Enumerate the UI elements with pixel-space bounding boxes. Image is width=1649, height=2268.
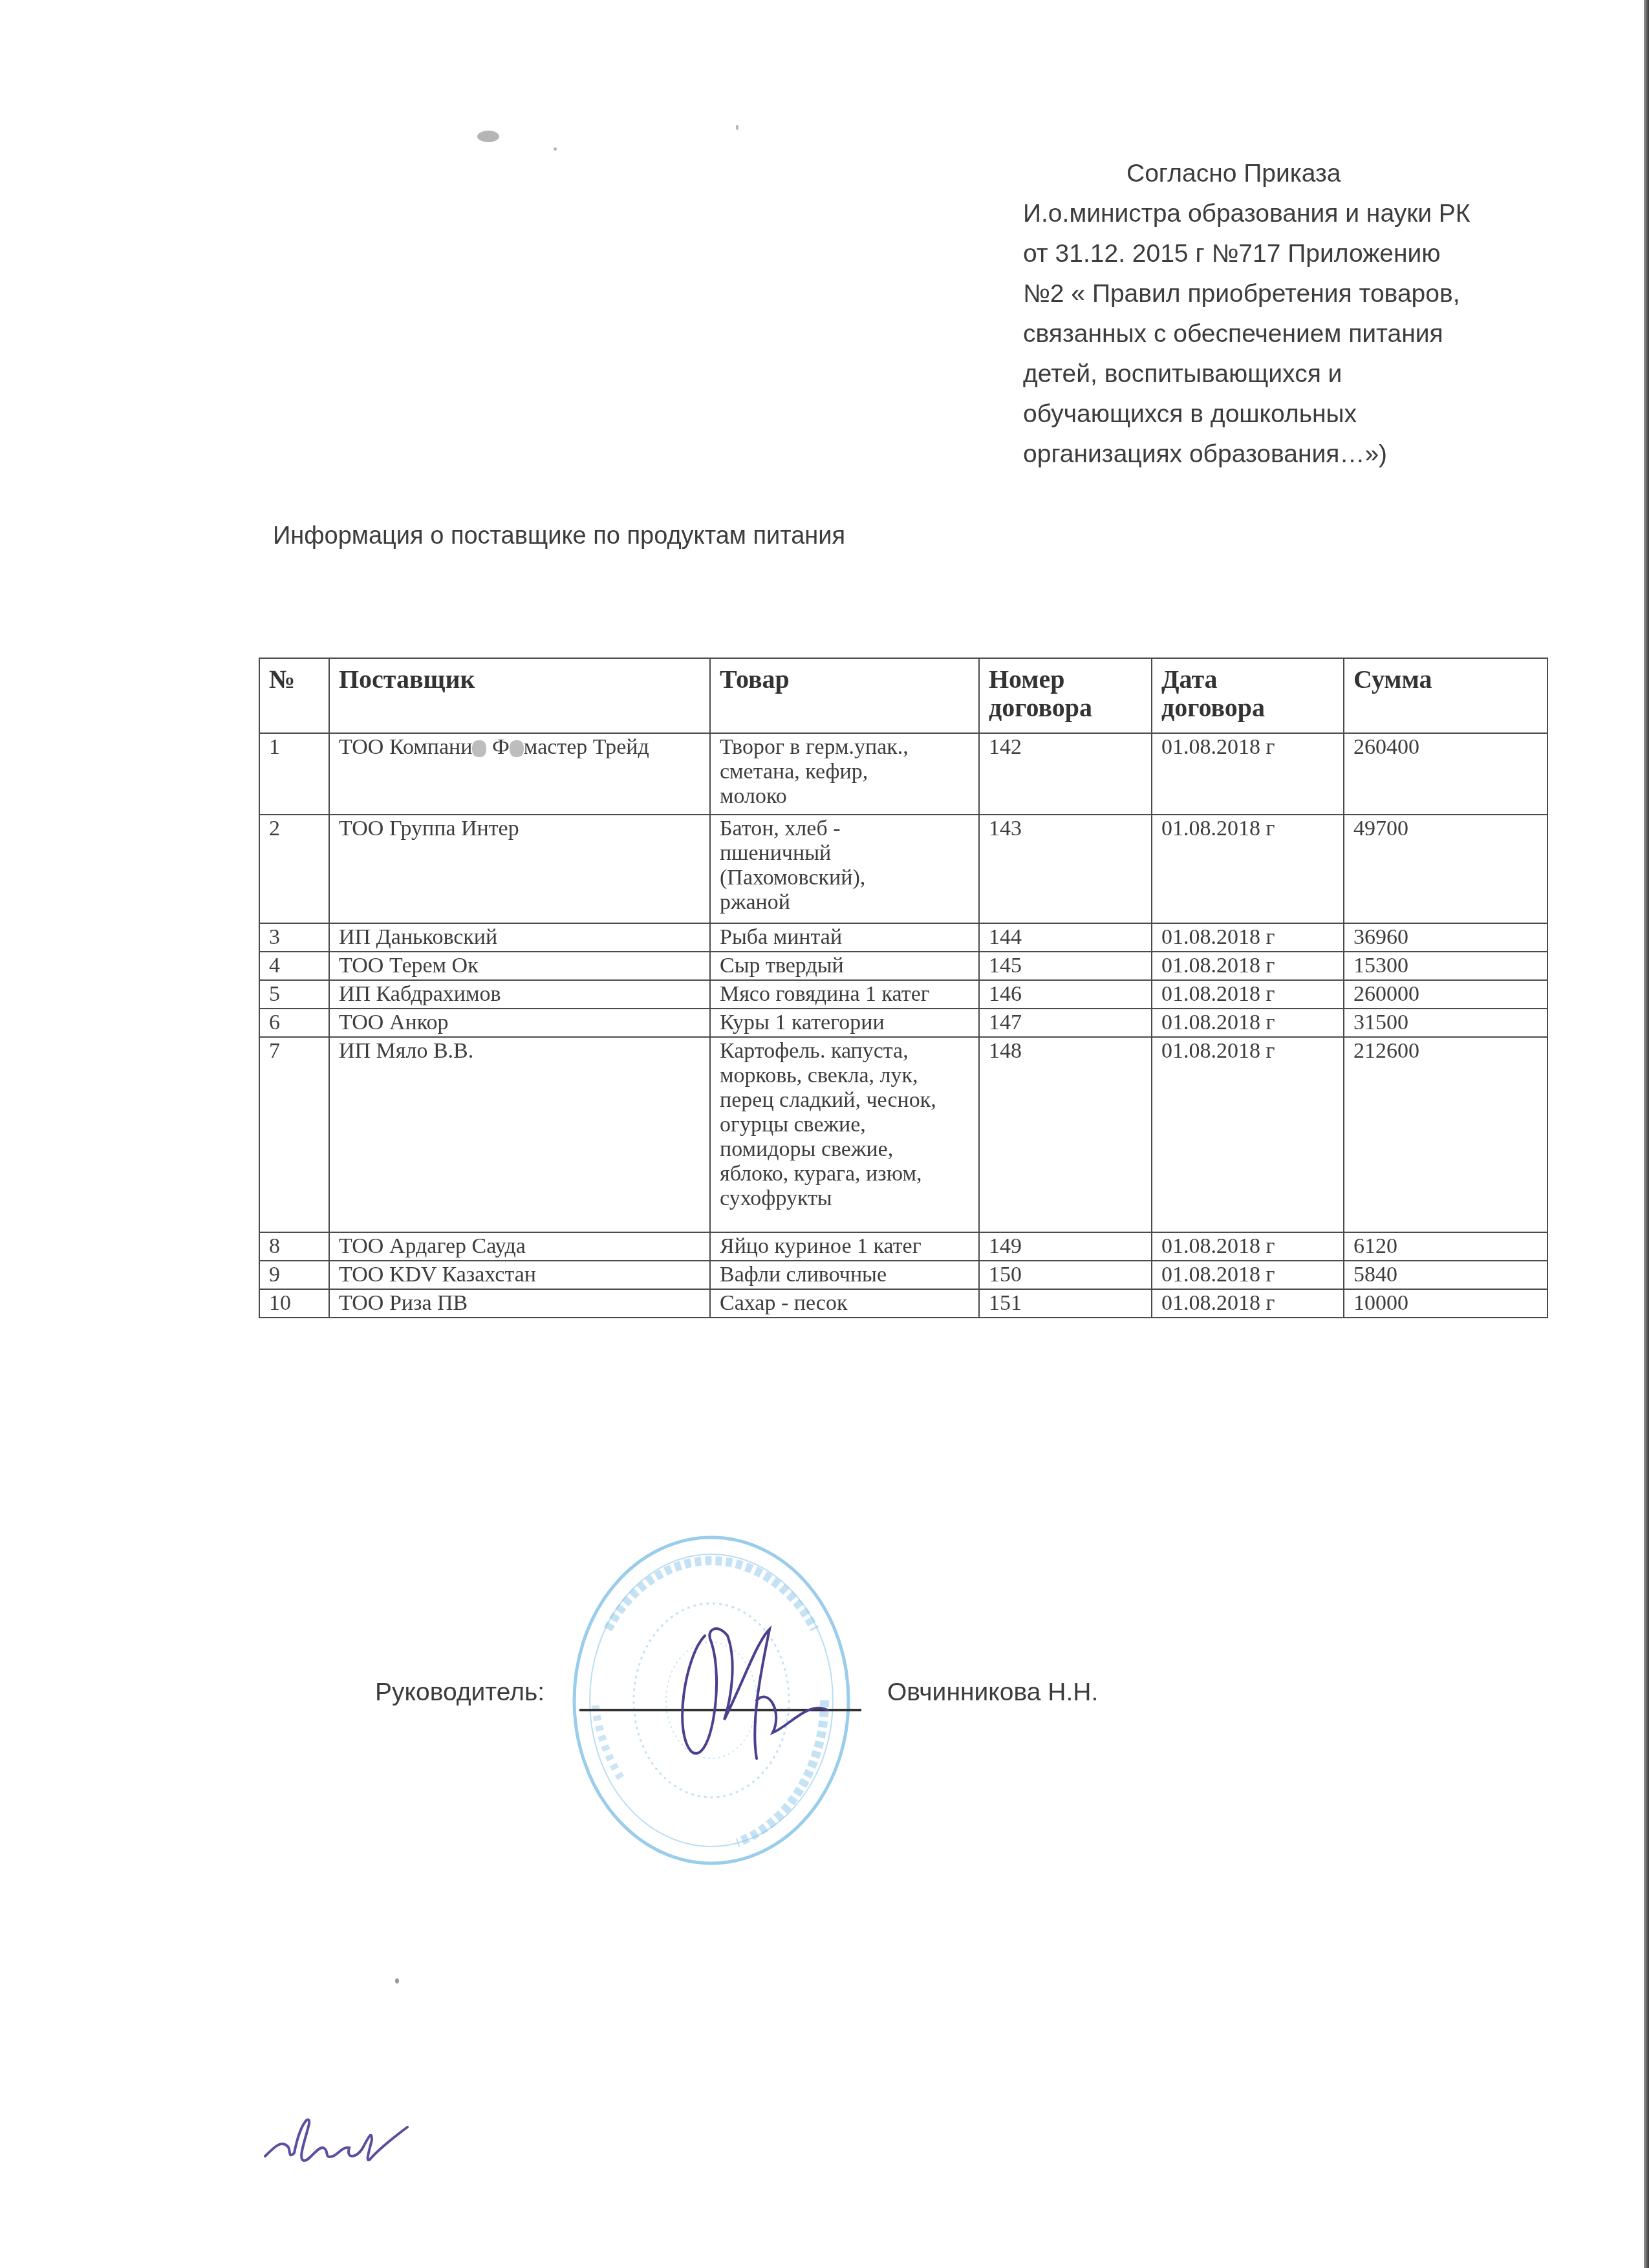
- signatory-label: Руководитель:: [375, 1678, 544, 1707]
- cell-no: 9: [259, 1261, 329, 1289]
- item-line: Сахар - песок: [720, 1291, 971, 1316]
- supplier-text: мастер Трейд: [524, 735, 649, 759]
- suppliers-table: № Поставщик Товар Номер договора Дата до…: [259, 658, 1548, 1318]
- cell-amount: 31500: [1344, 1009, 1547, 1037]
- scan-speck: [554, 147, 557, 151]
- cell-contract-number: 148: [979, 1037, 1152, 1232]
- table-row: 10ТОО Риза ПВСахар - песок15101.08.2018 …: [259, 1289, 1547, 1318]
- cell-contract-number: 149: [979, 1232, 1152, 1261]
- cell-no: 8: [259, 1232, 329, 1261]
- cell-contract-number: 146: [979, 980, 1152, 1009]
- scan-speck: [395, 1978, 399, 1984]
- signatory-name: Овчинникова Н.Н.: [887, 1678, 1098, 1707]
- item-line: Рыба минтай: [720, 925, 971, 950]
- scan-speck: [477, 131, 499, 142]
- cell-contract-date: 01.08.2018 г: [1152, 733, 1344, 815]
- item-line: сухофрукты: [720, 1186, 971, 1211]
- item-line: Творог в герм.упак.,: [720, 735, 971, 760]
- cell-amount: 6120: [1344, 1232, 1547, 1261]
- cell-amount: 10000: [1344, 1289, 1547, 1318]
- cell-supplier: ТОО KDV Казахстан: [329, 1261, 710, 1289]
- cell-amount: 49700: [1344, 815, 1547, 923]
- cell-contract-date: 01.08.2018 г: [1152, 1261, 1344, 1289]
- cell-item: Сыр твердый: [710, 952, 979, 980]
- cell-no: 5: [259, 980, 329, 1009]
- item-line: Куры 1 категории: [720, 1011, 971, 1035]
- cell-amount: 260400: [1344, 733, 1547, 815]
- table-row: 4ТОО Терем ОкСыр твердый14501.08.2018 г1…: [259, 952, 1547, 980]
- item-line: Яйцо куриное 1 катег: [720, 1234, 971, 1259]
- order-reference-line: организациях образования…»): [1023, 434, 1527, 475]
- cell-item: Рыба минтай: [710, 923, 979, 952]
- order-reference: Согласно Приказа И.о.министра образовани…: [1023, 154, 1527, 475]
- cell-no: 6: [259, 1009, 329, 1037]
- header-supplier: Поставщик: [329, 658, 710, 733]
- cell-supplier: ТОО Риза ПВ: [329, 1289, 710, 1318]
- cell-no: 4: [259, 952, 329, 980]
- cell-no: 1: [259, 733, 329, 815]
- cell-contract-number: 150: [979, 1261, 1152, 1289]
- cell-contract-date: 01.08.2018 г: [1152, 815, 1344, 923]
- header-contract-date-line: Дата: [1161, 665, 1335, 694]
- item-line: (Пахомовский),: [720, 866, 971, 890]
- item-line: ржаной: [720, 890, 971, 915]
- order-reference-line: от 31.12. 2015 г №717 Приложению: [1023, 234, 1527, 274]
- item-line: Сыр твердый: [720, 954, 971, 978]
- item-line: яблоко, курага, изюм,: [720, 1162, 971, 1186]
- cell-item: Сахар - песок: [710, 1289, 979, 1318]
- cell-contract-date: 01.08.2018 г: [1152, 1289, 1344, 1318]
- header-item: Товар: [710, 658, 979, 733]
- smudge: [472, 740, 486, 757]
- scan-edge: [1644, 0, 1649, 2268]
- table-header-row: № Поставщик Товар Номер договора Дата до…: [259, 658, 1547, 733]
- cell-amount: 36960: [1344, 923, 1547, 952]
- cell-contract-number: 143: [979, 815, 1152, 923]
- cell-supplier: ТОО Компани Фмастер Трейд: [329, 733, 710, 815]
- item-line: помидоры свежие,: [720, 1137, 971, 1162]
- order-reference-line: связанных с обеспечением питания: [1023, 314, 1527, 354]
- item-line: морковь, свекла, лук,: [720, 1064, 971, 1088]
- header-contract-number-line: Номер: [989, 665, 1143, 694]
- order-reference-line: обучающихся в дошкольных: [1023, 394, 1527, 434]
- order-reference-line: детей, воспитывающихся и: [1023, 354, 1527, 394]
- handwritten-signature: [660, 1603, 873, 1771]
- table-row: 5ИП КабдрахимовМясо говядина 1 катег1460…: [259, 980, 1547, 1009]
- item-line: пшеничный: [720, 841, 971, 866]
- cell-contract-date: 01.08.2018 г: [1152, 952, 1344, 980]
- cell-no: 2: [259, 815, 329, 923]
- header-contract-number-line: договора: [989, 694, 1143, 722]
- cell-supplier: ТОО Терем Ок: [329, 952, 710, 980]
- table-row: 3ИП ДаньковскийРыба минтай14401.08.2018 …: [259, 923, 1547, 952]
- cell-item: Батон, хлеб -пшеничный(Пахомовский),ржан…: [710, 815, 979, 923]
- cell-contract-date: 01.08.2018 г: [1152, 1037, 1344, 1232]
- cell-supplier: ТОО Группа Интер: [329, 815, 710, 923]
- header-contract-date: Дата договора: [1152, 658, 1344, 733]
- item-line: перец сладкий, чеснок,: [720, 1088, 971, 1113]
- item-line: Вафли сливочные: [720, 1263, 971, 1287]
- cell-amount: 5840: [1344, 1261, 1547, 1289]
- table-row: 6ТОО АнкорКуры 1 категории14701.08.2018 …: [259, 1009, 1547, 1037]
- cell-item: Картофель. капуста,морковь, свекла, лук,…: [710, 1037, 979, 1232]
- cell-contract-number: 142: [979, 733, 1152, 815]
- cell-contract-date: 01.08.2018 г: [1152, 1009, 1344, 1037]
- order-reference-line: Согласно Приказа: [1023, 154, 1527, 194]
- handwritten-initials: [259, 2101, 414, 2166]
- item-line: Картофель. капуста,: [720, 1039, 971, 1064]
- scan-speck: [736, 125, 738, 130]
- table-row: 7ИП Мяло В.В.Картофель. капуста,морковь,…: [259, 1037, 1547, 1232]
- cell-supplier: ИП Даньковский: [329, 923, 710, 952]
- cell-item: Мясо говядина 1 катег: [710, 980, 979, 1009]
- table-row: 9ТОО KDV КазахстанВафли сливочные15001.0…: [259, 1261, 1547, 1289]
- cell-supplier: ИП Мяло В.В.: [329, 1037, 710, 1232]
- cell-supplier: ТОО Анкор: [329, 1009, 710, 1037]
- table-row: 1ТОО Компани Фмастер ТрейдТворог в герм.…: [259, 733, 1547, 815]
- cell-supplier: ИП Кабдрахимов: [329, 980, 710, 1009]
- table-row: 2ТОО Группа ИнтерБатон, хлеб -пшеничный(…: [259, 815, 1547, 923]
- cell-item: Куры 1 категории: [710, 1009, 979, 1037]
- cell-contract-number: 144: [979, 923, 1152, 952]
- supplier-text: ТОО Компани: [339, 735, 472, 759]
- cell-contract-date: 01.08.2018 г: [1152, 980, 1344, 1009]
- order-reference-line: №2 « Правил приобретения товаров,: [1023, 274, 1527, 314]
- cell-item: Яйцо куриное 1 катег: [710, 1232, 979, 1261]
- item-line: огурцы свежие,: [720, 1113, 971, 1137]
- cell-amount: 15300: [1344, 952, 1547, 980]
- cell-contract-number: 145: [979, 952, 1152, 980]
- cell-no: 3: [259, 923, 329, 952]
- cell-no: 10: [259, 1289, 329, 1318]
- cell-amount: 260000: [1344, 980, 1547, 1009]
- cell-contract-number: 151: [979, 1289, 1152, 1318]
- item-line: молоко: [720, 784, 971, 809]
- order-reference-line: И.о.министра образования и науки РК: [1023, 194, 1527, 234]
- document-title: Информация о поставщике по продуктам пит…: [273, 522, 845, 550]
- header-amount: Сумма: [1344, 658, 1547, 733]
- header-no: №: [259, 658, 329, 733]
- header-contract-date-line: договора: [1161, 694, 1335, 722]
- smudge: [510, 740, 524, 757]
- cell-contract-date: 01.08.2018 г: [1152, 1232, 1344, 1261]
- cell-item: Творог в герм.упак.,сметана, кефир,молок…: [710, 733, 979, 815]
- header-contract-number: Номер договора: [979, 658, 1152, 733]
- cell-supplier: ТОО Ардагер Сауда: [329, 1232, 710, 1261]
- item-line: сметана, кефир,: [720, 760, 971, 784]
- cell-item: Вафли сливочные: [710, 1261, 979, 1289]
- supplier-text: Ф: [492, 735, 510, 759]
- cell-contract-date: 01.08.2018 г: [1152, 923, 1344, 952]
- table-row: 8ТОО Ардагер СаудаЯйцо куриное 1 катег14…: [259, 1232, 1547, 1261]
- item-line: Батон, хлеб -: [720, 817, 971, 841]
- cell-no: 7: [259, 1037, 329, 1232]
- cell-amount: 212600: [1344, 1037, 1547, 1232]
- item-line: Мясо говядина 1 катег: [720, 982, 971, 1007]
- cell-contract-number: 147: [979, 1009, 1152, 1037]
